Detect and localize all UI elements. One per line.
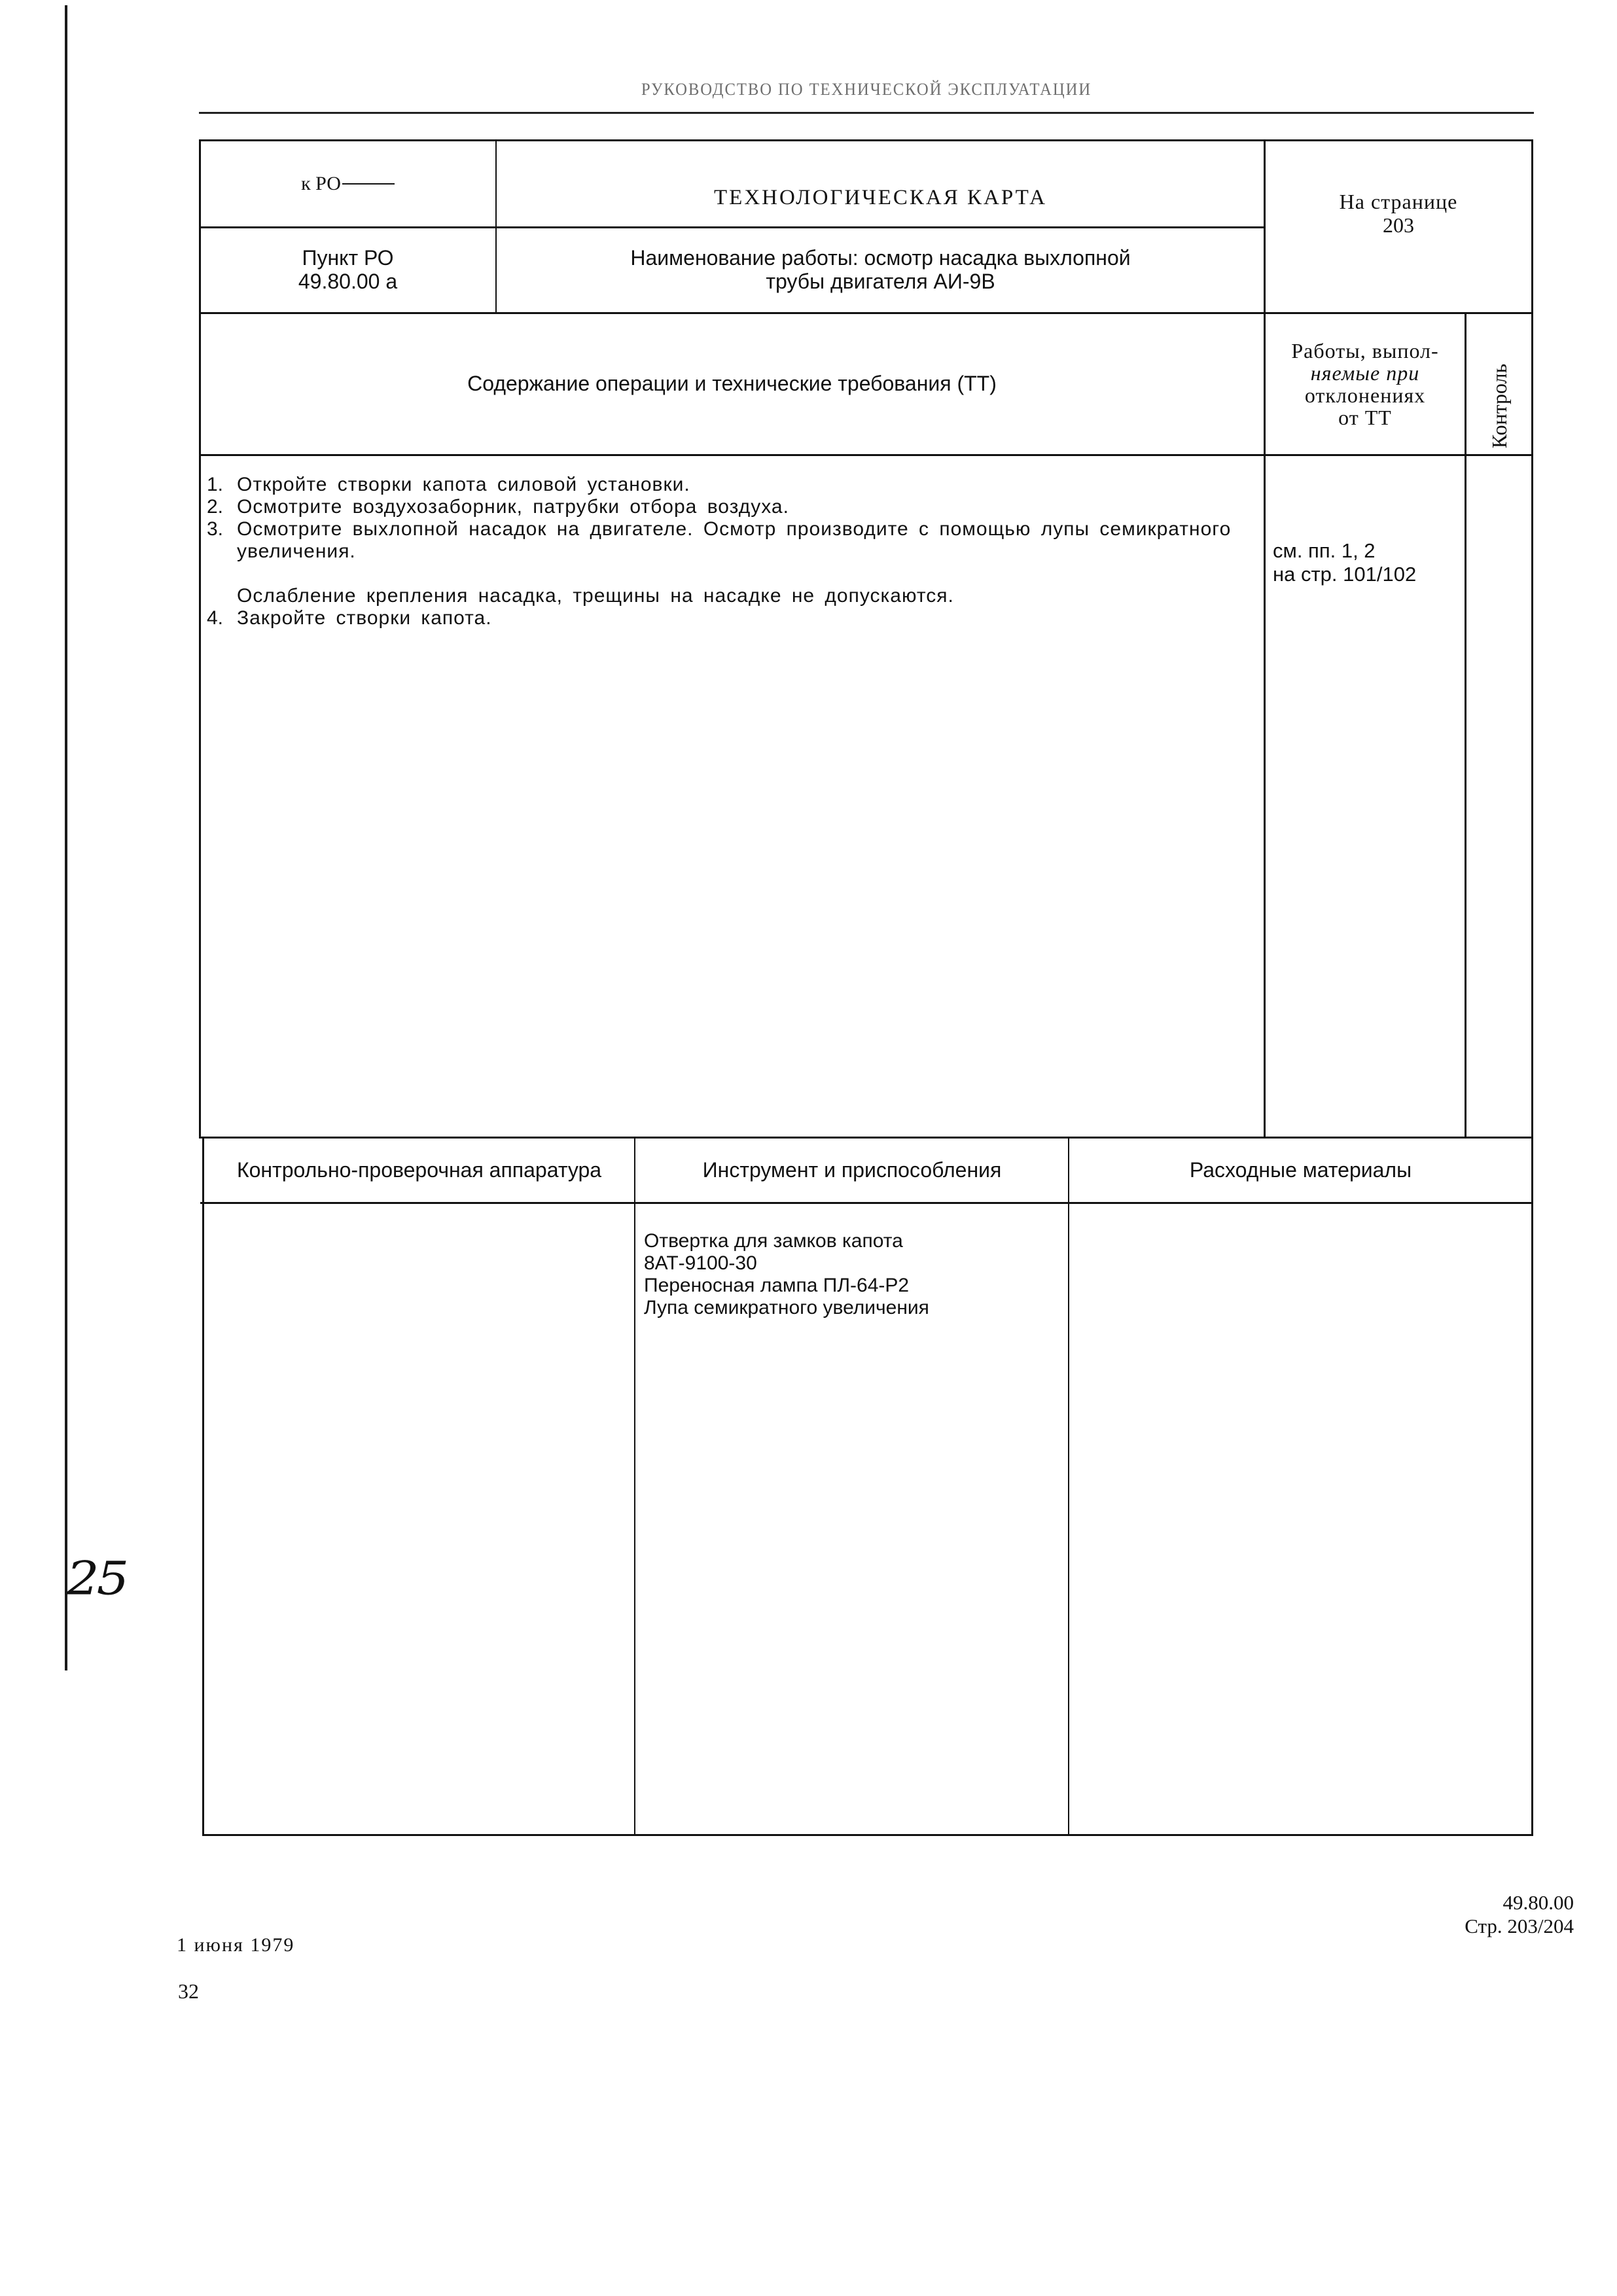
footer-section-code: 49.80.00 — [1309, 1891, 1574, 1915]
column-divider — [495, 139, 497, 313]
control-header-cell: Контроль — [1468, 357, 1531, 455]
page-label: На странице — [1340, 190, 1458, 214]
column-divider-control — [1465, 312, 1466, 1138]
step-number — [207, 540, 237, 563]
handwritten-margin-mark: 25 — [67, 1553, 126, 1606]
step-text: Ослабление крепления насадка, трещины на… — [237, 585, 954, 607]
footer-page-ref: Стр. 203/204 — [1309, 1915, 1574, 1938]
work-name-line-1: Наименование работы: осмотр насадка выхл… — [630, 247, 1130, 270]
running-head-rule — [199, 112, 1534, 114]
item-label: Пункт РО — [302, 247, 393, 270]
card-title: ТЕХНОЛОГИЧЕСКАЯ КАРТА — [714, 186, 1047, 210]
ro-reference-label: к РО — [301, 173, 341, 195]
deviation-header-line-1: Работы, выпол- — [1291, 340, 1438, 362]
step-text: Осмотрите выхлопной насадок на двигателе… — [237, 518, 1231, 540]
footer-page-number: 32 — [178, 1979, 199, 2004]
step-number: 2. — [207, 496, 237, 518]
column-divider — [1068, 1137, 1069, 1835]
binding-edge-line — [65, 5, 67, 1670]
tool-item: Лупа семикратного увеличения — [644, 1297, 929, 1319]
tool-item: 8АТ-9100-30 — [644, 1252, 929, 1275]
deviation-note-line-2: на стр. 101/102 — [1273, 563, 1416, 586]
item-cell: Пункт РО 49.80.00 а — [200, 228, 495, 312]
running-head: РУКОВОДСТВО ПО ТЕХНИЧЕСКОЙ ЭКСПЛУАТАЦИИ — [232, 80, 1501, 99]
footer-date: 1 июня 1979 — [177, 1934, 294, 1956]
footer-reference: 49.80.00 Стр. 203/204 — [1309, 1891, 1574, 1938]
item-number: 49.80.00 а — [298, 270, 397, 294]
step-number — [207, 585, 237, 607]
work-name-line-2: трубы двигателя АИ-9В — [766, 270, 995, 294]
deviation-note: см. пп. 1, 2 на стр. 101/102 — [1273, 539, 1416, 586]
step-number: 3. — [207, 518, 237, 540]
card-title-cell: ТЕХНОЛОГИЧЕСКАЯ КАРТА — [497, 141, 1264, 226]
deviation-note-line-1: см. пп. 1, 2 — [1273, 539, 1416, 563]
table-border-right — [1531, 139, 1533, 1836]
ro-reference-cell: к РО — [200, 141, 495, 226]
step-number: 1. — [207, 474, 237, 496]
content-header-cell: Содержание операции и технические требов… — [200, 314, 1264, 454]
step-row: 4. Закройте створки капота. — [207, 607, 1254, 629]
deviation-header-line-4: от ТТ — [1338, 406, 1392, 429]
content-header: Содержание операции и технические требов… — [467, 372, 997, 396]
step-text: Откройте створки капота силовой установк… — [237, 474, 690, 496]
row-divider — [199, 454, 1533, 456]
ro-reference-blank — [342, 183, 395, 185]
page-number: 203 — [1383, 214, 1414, 238]
consumables-header-cell: Расходные материалы — [1070, 1139, 1531, 1202]
page-cell: На странице 203 — [1266, 141, 1531, 312]
tools-list: Отвертка для замков капота 8АТ-9100-30 П… — [644, 1230, 929, 1319]
step-text: Осмотрите воздухозаборник, патрубки отбо… — [237, 496, 789, 518]
test-equipment-header-cell: Контрольно-проверочная аппаратура — [204, 1139, 634, 1202]
operation-steps: 1. Откройте створки капота силовой устан… — [207, 474, 1254, 629]
tool-item: Переносная лампа ПЛ-64-Р2 — [644, 1275, 929, 1297]
deviation-header-line-3: отклонениях — [1305, 384, 1425, 406]
tools-header-cell: Инструмент и приспособления — [636, 1139, 1068, 1202]
deviation-header-line-2: няемые при — [1311, 362, 1419, 384]
step-number: 4. — [207, 607, 237, 629]
step-row: Ослабление крепления насадка, трещины на… — [207, 585, 1254, 607]
step-text: Закройте створки капота. — [237, 607, 492, 629]
step-row: 2. Осмотрите воздухозаборник, патрубки о… — [207, 496, 1254, 518]
step-row: увеличения. — [207, 540, 1254, 563]
step-row: 3. Осмотрите выхлопной насадок на двигат… — [207, 518, 1254, 540]
step-spacer — [207, 563, 1254, 585]
step-text: увеличения. — [237, 540, 356, 563]
step-row: 1. Откройте створки капота силовой устан… — [207, 474, 1254, 496]
table-border-left-lower — [202, 1137, 204, 1836]
row-divider — [200, 1202, 1533, 1204]
test-equipment-header: Контрольно-проверочная аппаратура — [237, 1159, 601, 1182]
deviation-header-cell: Работы, выпол- няемые при отклонениях от… — [1266, 314, 1465, 454]
control-header: Контроль — [1487, 363, 1512, 448]
tools-header: Инструмент и приспособления — [703, 1159, 1002, 1182]
column-divider — [634, 1137, 635, 1835]
table-border-bottom — [203, 1834, 1533, 1836]
consumables-header: Расходные материалы — [1190, 1159, 1412, 1182]
work-name-cell: Наименование работы: осмотр насадка выхл… — [497, 228, 1264, 312]
tool-item: Отвертка для замков капота — [644, 1230, 929, 1252]
